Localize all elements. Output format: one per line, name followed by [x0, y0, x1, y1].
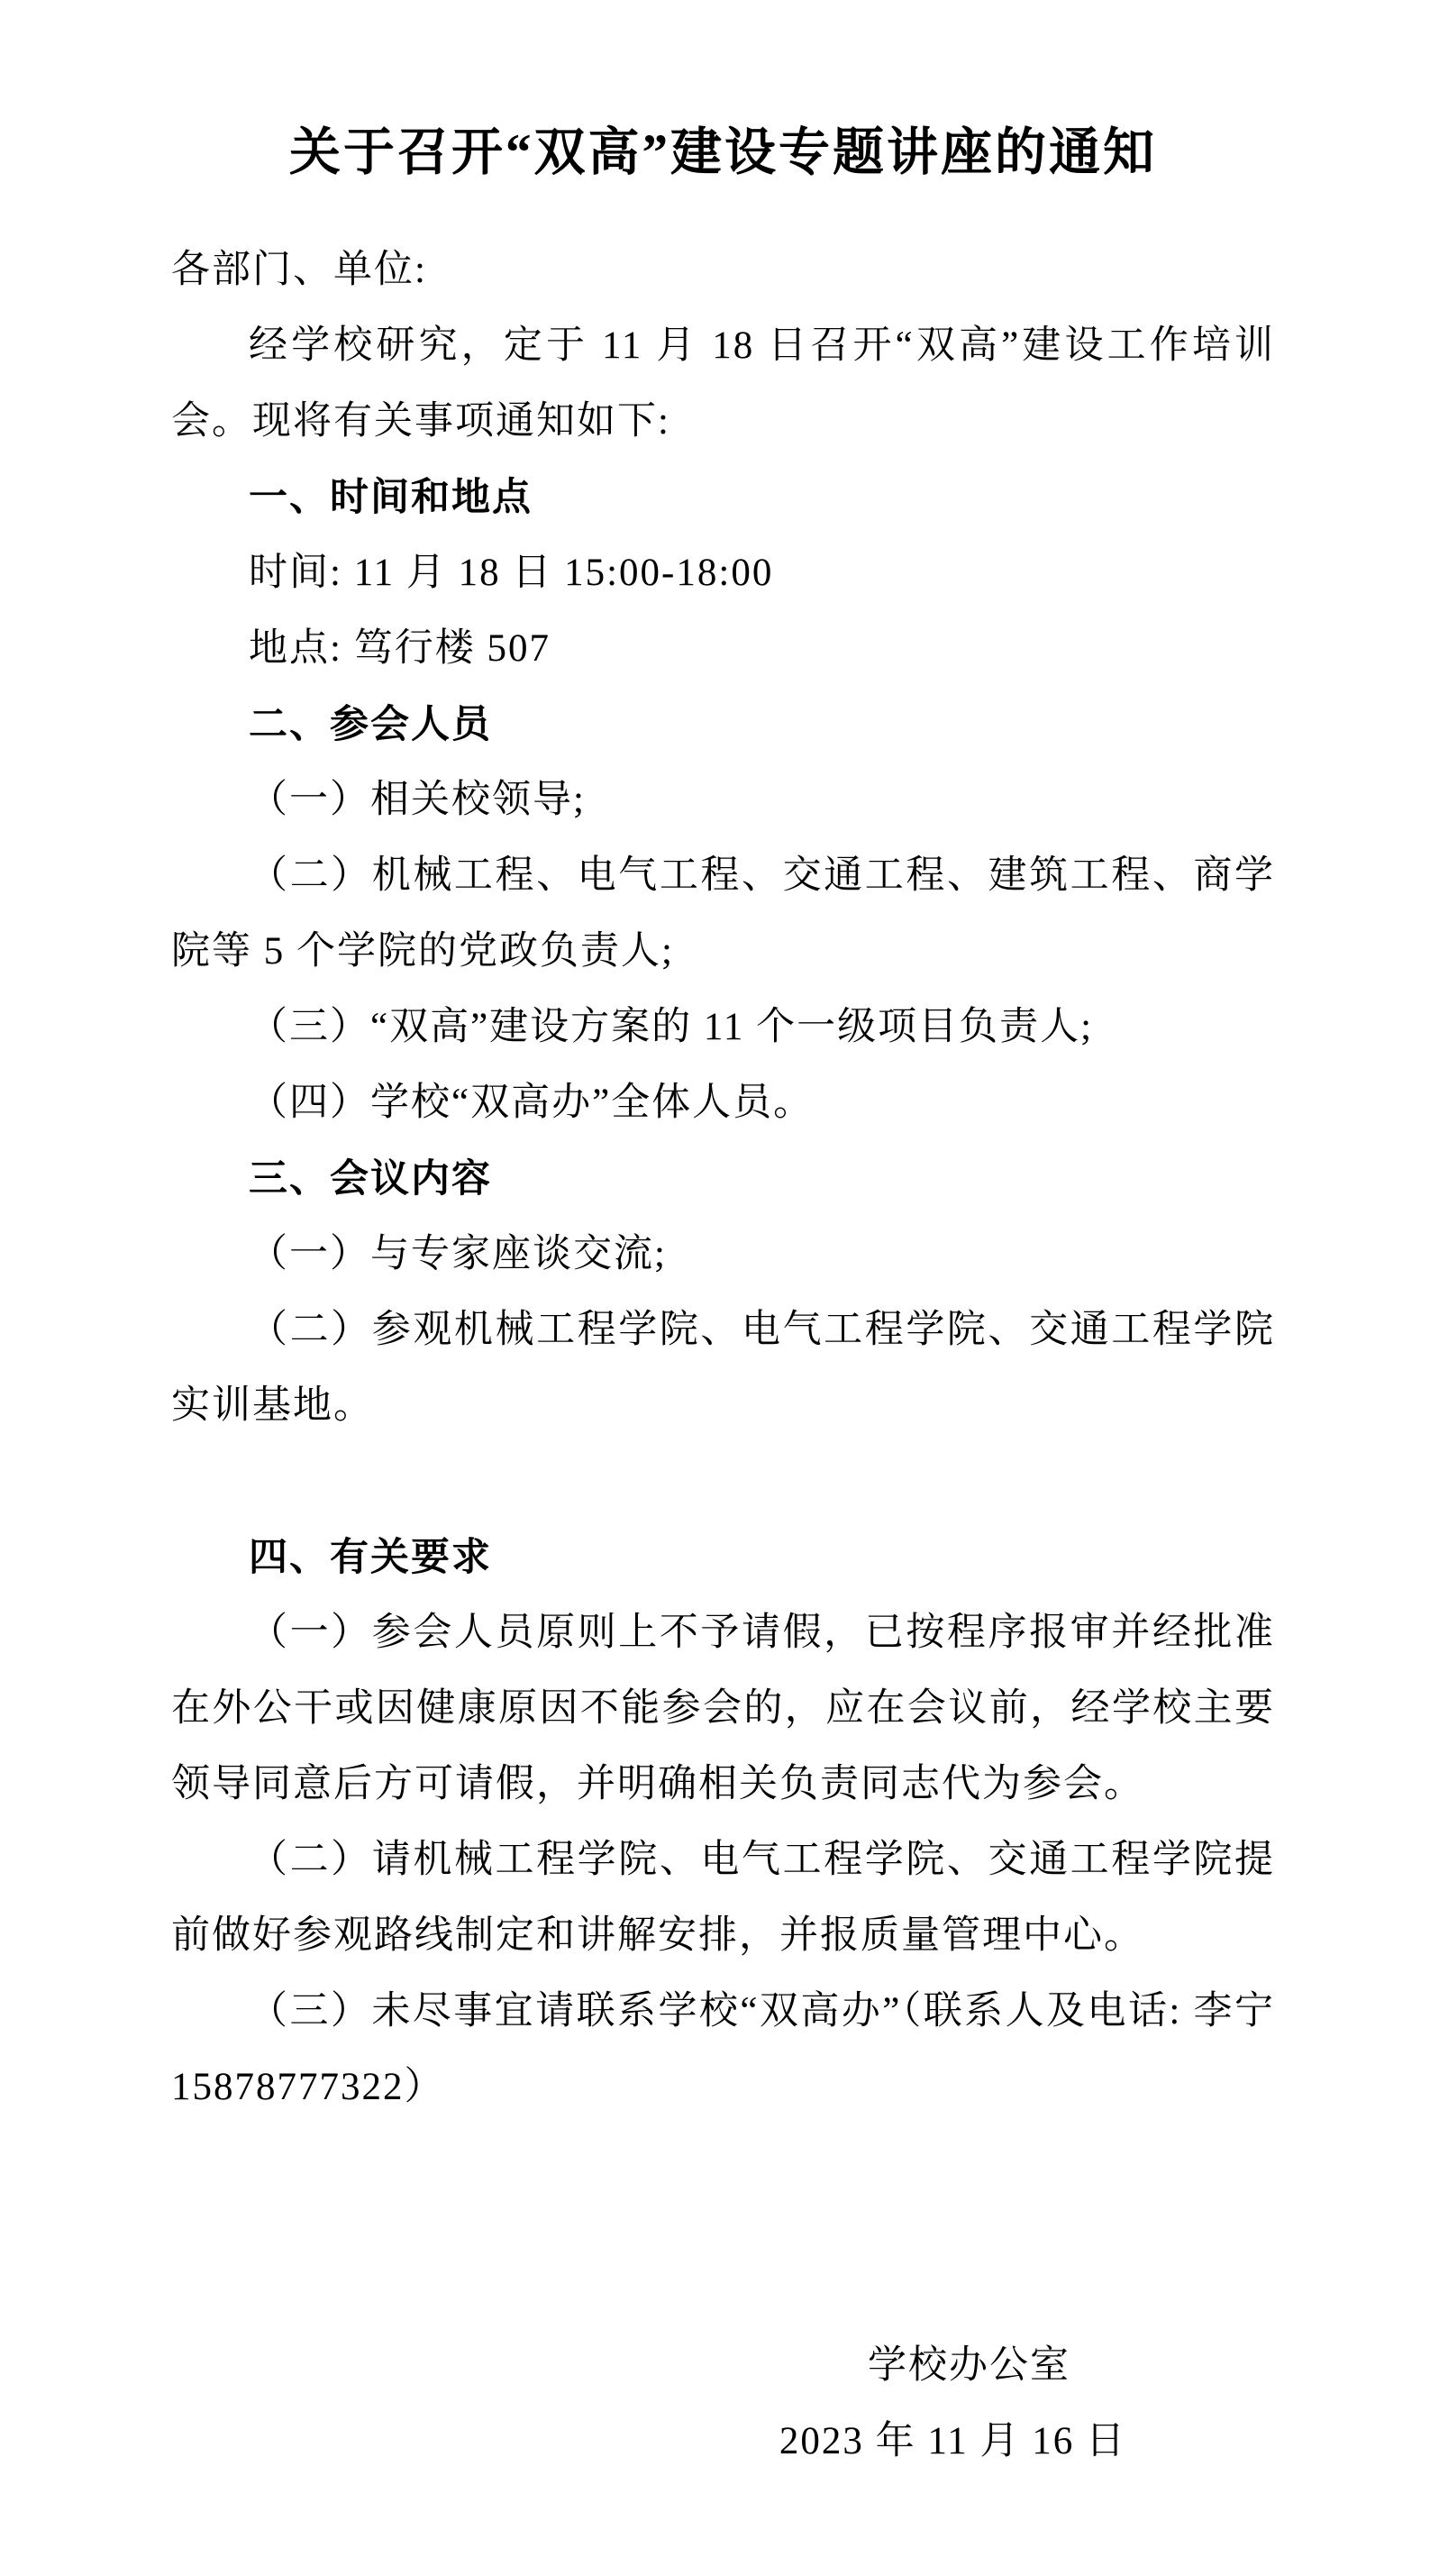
section-heading-requirements: 四、有关要求 [171, 1520, 1275, 1595]
section-heading-content: 三、会议内容 [171, 1141, 1275, 1217]
blank-line [171, 1444, 1275, 1520]
document-body: 各部门、单位: 经学校研究，定于 11 月 18 日召开“双高”建设工作培训会。… [171, 233, 1275, 2125]
attendees-item-3: （三）“双高”建设方案的 11 个一级项目负责人; [171, 990, 1275, 1065]
intro-paragraph: 经学校研究，定于 11 月 18 日召开“双高”建设工作培训会。现将有关事项通知… [171, 308, 1275, 460]
requirements-item-2: （二）请机械工程学院、电气工程学院、交通工程学院提前做好参观路线制定和讲解安排，… [171, 1822, 1275, 1974]
content-item-1: （一）与专家座谈交流; [171, 1217, 1275, 1293]
requirements-item-3: （三）未尽事宜请联系学校“双高办”（联系人及电话: 李宁 15878777322… [171, 1974, 1275, 2125]
signature-date: 2023 年 11 月 16 日 [171, 2404, 1275, 2480]
salutation: 各部门、单位: [171, 233, 1275, 308]
attendees-item-4: （四）学校“双高办”全体人员。 [171, 1065, 1275, 1141]
place-line: 地点: 笃行楼 507 [171, 611, 1275, 687]
signature-block: 学校办公室 2023 年 11 月 16 日 [171, 2328, 1275, 2480]
time-line: 时间: 11 月 18 日 15:00-18:00 [171, 535, 1275, 611]
section-heading-attendees: 二、参会人员 [171, 687, 1275, 763]
attendees-item-1: （一）相关校领导; [171, 763, 1275, 838]
document-page: 关于召开“双高”建设专题讲座的通知 各部门、单位: 经学校研究，定于 11 月 … [0, 0, 1430, 2576]
document-title: 关于召开“双高”建设专题讲座的通知 [171, 115, 1275, 191]
signature-org: 学校办公室 [171, 2328, 1275, 2404]
attendees-item-2: （二）机械工程、电气工程、交通工程、建筑工程、商学院等 5 个学院的党政负责人; [171, 838, 1275, 990]
requirements-item-1: （一）参会人员原则上不予请假，已按程序报审并经批准在外公干或因健康原因不能参会的… [171, 1595, 1275, 1822]
section-heading-time-place: 一、时间和地点 [171, 460, 1275, 535]
content-item-2: （二）参观机械工程学院、电气工程学院、交通工程学院实训基地。 [171, 1293, 1275, 1444]
